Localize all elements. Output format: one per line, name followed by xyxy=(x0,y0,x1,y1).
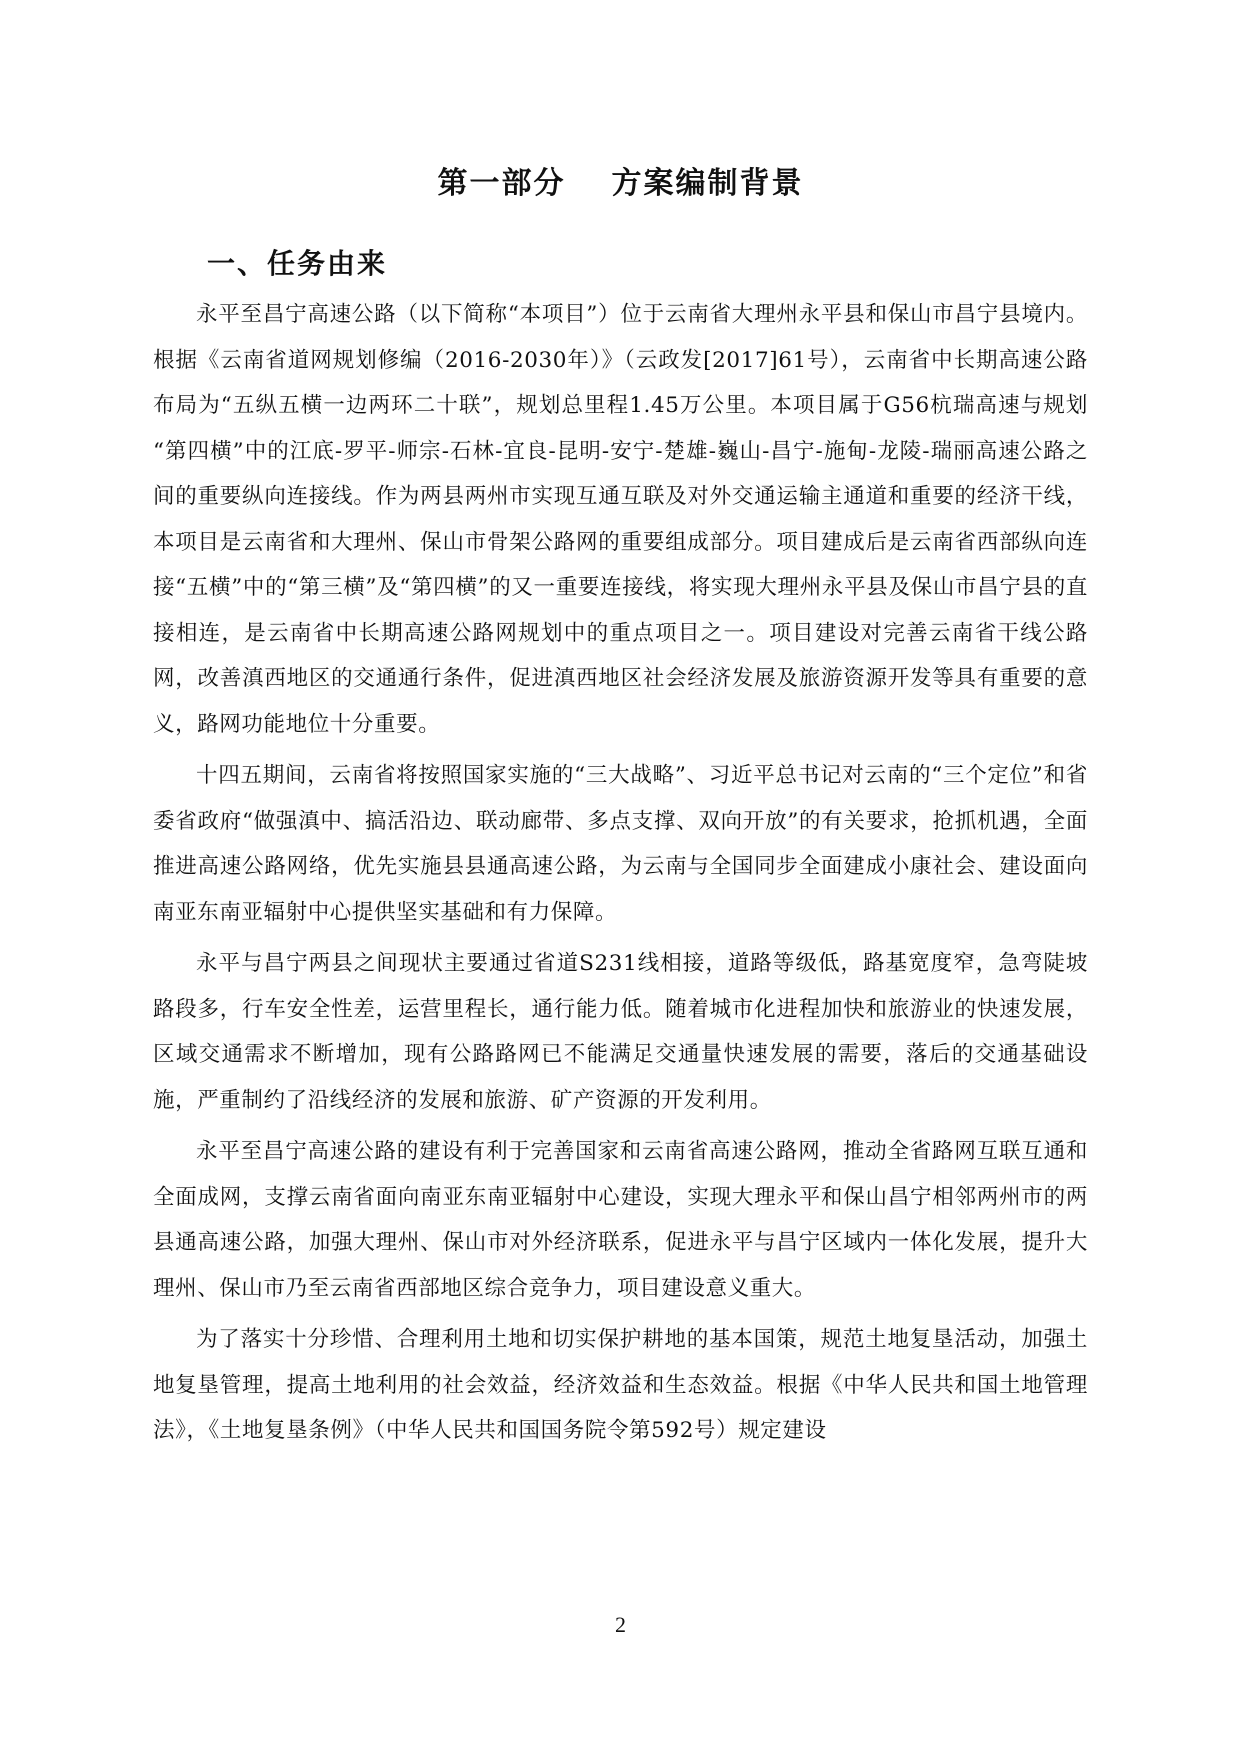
section-heading: 一、任务由来 xyxy=(207,242,387,282)
paragraph-5: 为了落实十分珍惜、合理利用土地和切实保护耕地的基本国策，规范土地复垦活动，加强土… xyxy=(153,1317,1088,1454)
page-title: 第一部分方案编制背景 xyxy=(0,158,1241,202)
paragraph-3: 永平与昌宁两县之间现状主要通过省道S231线相接，道路等级低，路基宽度窄，急弯陡… xyxy=(153,941,1088,1123)
paragraph-1: 永平至昌宁高速公路（以下简称“本项目”）位于云南省大理州永平县和保山市昌宁县境内… xyxy=(153,292,1088,747)
paragraph-4: 永平至昌宁高速公路的建设有利于完善国家和云南省高速公路网，推动全省路网互联互通和… xyxy=(153,1129,1088,1311)
title-text: 方案编制背景 xyxy=(612,166,804,201)
document-page: 第一部分方案编制背景 一、任务由来 永平至昌宁高速公路（以下简称“本项目”）位于… xyxy=(0,0,1241,1755)
page-number: 2 xyxy=(0,1612,1241,1638)
title-part: 第一部分 xyxy=(438,166,566,201)
body-text: 永平至昌宁高速公路（以下简称“本项目”）位于云南省大理州永平县和保山市昌宁县境内… xyxy=(153,292,1088,1460)
paragraph-2: 十四五期间，云南省将按照国家实施的“三大战略”、习近平总书记对云南的“三个定位”… xyxy=(153,753,1088,935)
